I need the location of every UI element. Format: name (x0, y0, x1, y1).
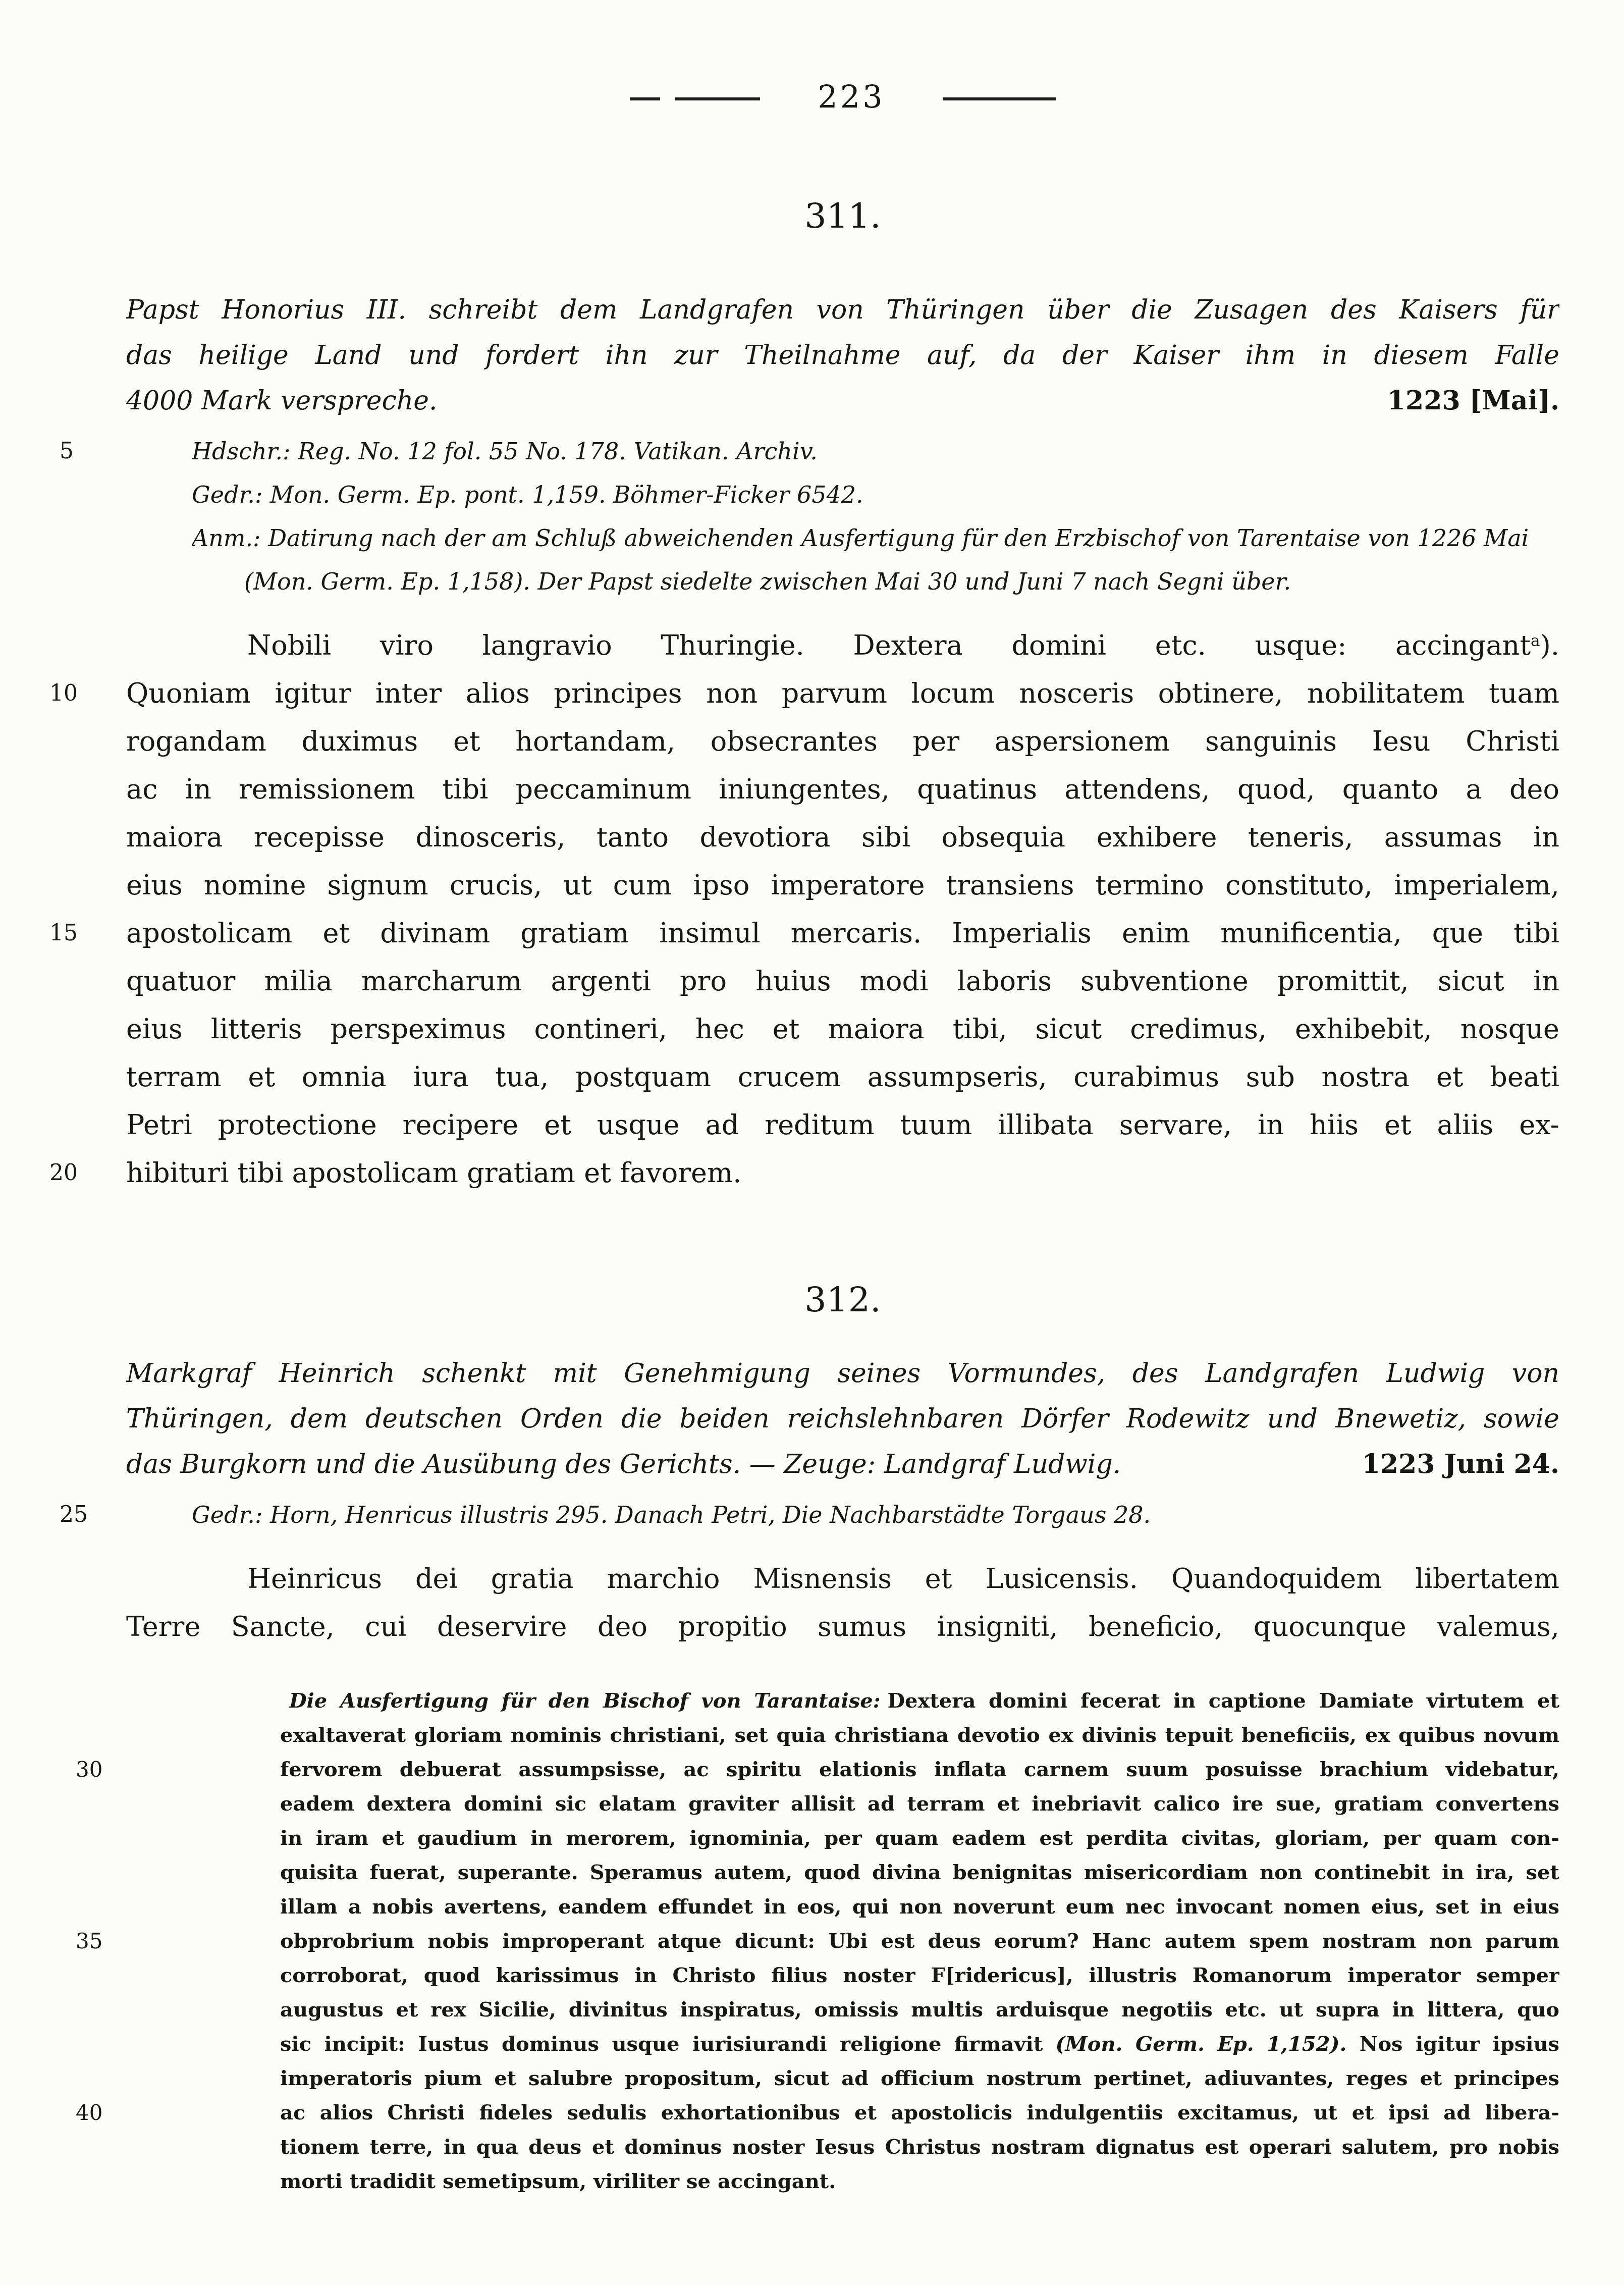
entry-311-date: 1223 [Mai]. (1387, 378, 1559, 423)
footnote-text: sic incipit: Iustus dominus usque iurisi… (280, 2027, 1559, 2061)
footnote-line: 35obprobrium nobis improperant atque dic… (280, 1924, 1559, 1958)
body-line: Petri protectione recipere et usque ad r… (126, 1101, 1559, 1149)
source-text: (Mon. Germ. Ep. 1,158). Der Papst siedel… (192, 560, 1559, 603)
summary-line: das Burgkorn und die Ausübung des Gerich… (126, 1442, 1559, 1487)
body-text: eius litteris perspeximus contineri, hec… (126, 1005, 1559, 1053)
entry-312-heading: 312. (126, 1278, 1559, 1323)
line-number: 15 (49, 909, 78, 957)
body-text: ac in remissionem tibi peccaminum iniung… (126, 765, 1559, 813)
source-text: Gedr.: Mon. Germ. Ep. pont. 1,159. Böhme… (192, 473, 1559, 516)
footnote-line: 40ac alios Christi fideles sedulis exhor… (280, 2096, 1559, 2130)
body-line: Heinricus dei gratia marchio Misnensis e… (126, 1555, 1559, 1603)
summary-text: Papst Honorius III. schreibt dem Landgra… (126, 287, 1559, 333)
footnote-text: augustus et rex Sicilie, divinitus inspi… (280, 1993, 1559, 2027)
header-dash-left-1 (630, 97, 660, 100)
footnote-text: 311.a) Die Ausfertigung für den Bischof … (280, 1684, 1559, 1718)
footnote-citation: (Mon. Germ. Ep. 1,152). (1056, 2032, 1347, 2056)
line-number: 20 (49, 1149, 78, 1197)
footnote-text: ac alios Christi fideles sedulis exhorta… (280, 2096, 1559, 2130)
source-text: Anm.: Datirung nach der am Schluß abweic… (192, 516, 1559, 560)
summary-line: das heilige Land und fordert ihn zur The… (126, 333, 1559, 378)
source-line: Anm.: Datirung nach der am Schluß abweic… (192, 516, 1559, 560)
entry-312-body: Heinricus dei gratia marchio Misnensis e… (126, 1555, 1559, 1651)
body-line: rogandam duximus et hortandam, obsecrant… (126, 717, 1559, 765)
body-text: Heinricus dei gratia marchio Misnensis e… (126, 1555, 1559, 1603)
body-line: terram et omnia iura tua, postquam cruce… (126, 1053, 1559, 1101)
footnote-text: morti tradidit semetipsum, viriliter se … (280, 2164, 1559, 2199)
page-header: 223 (126, 75, 1559, 118)
entry-311-heading: 311. (126, 194, 1559, 239)
entry-311-summary: Papst Honorius III. schreibt dem Landgra… (126, 287, 1559, 423)
body-text: maiora recepisse dinosceris, tanto devot… (126, 813, 1559, 861)
body-line: 10Quoniam igitur inter alios principes n… (126, 669, 1559, 717)
body-text: hibituri tibi apostolicam gratiam et fav… (126, 1149, 1559, 1197)
summary-text: Markgraf Heinrich schenkt mit Genehmigun… (126, 1351, 1559, 1396)
footnote-line: sic incipit: Iustus dominus usque iurisi… (280, 2027, 1559, 2061)
line-number: 25 (60, 1493, 88, 1536)
body-text: rogandam duximus et hortandam, obsecrant… (126, 717, 1559, 765)
summary-line: Thüringen, dem deutschen Orden die beide… (126, 1396, 1559, 1442)
summary-line: Papst Honorius III. schreibt dem Landgra… (126, 287, 1559, 333)
body-text: quatuor milia marcharum argenti pro huiu… (126, 957, 1559, 1005)
footnote-line: augustus et rex Sicilie, divinitus inspi… (280, 1993, 1559, 2027)
source-line: 25Gedr.: Horn, Henricus illustris 295. D… (192, 1493, 1559, 1536)
scanned-book-page: { "header": { "page_number": "223" }, "e… (0, 0, 1624, 2285)
summary-text: 4000 Mark verspreche. (126, 378, 438, 423)
footnote-marker: a (1531, 632, 1540, 650)
body-line: eius litteris perspeximus contineri, hec… (126, 1005, 1559, 1053)
footnote-text: quisita fuerat, superante. Speramus aute… (280, 1855, 1559, 1890)
summary-text: das heilige Land und fordert ihn zur The… (126, 333, 1559, 378)
footnote-text: in iram et gaudium in merorem, ignominia… (280, 1821, 1559, 1855)
footnote-line: in iram et gaudium in merorem, ignominia… (280, 1821, 1559, 1855)
summary-text: Thüringen, dem deutschen Orden die beide… (126, 1396, 1559, 1442)
body-line: 15apostolicam et divinam gratiam insimul… (126, 909, 1559, 957)
footnote-line: 311.a) Die Ausfertigung für den Bischof … (280, 1684, 1559, 1718)
entry-312-date: 1223 Juni 24. (1362, 1442, 1559, 1487)
footnote-line: corroborat, quod karissimus in Christo f… (280, 1958, 1559, 1993)
body-text: Petri protectione recipere et usque ad r… (126, 1101, 1559, 1149)
footnote-text: obprobrium nobis improperant atque dicun… (280, 1924, 1559, 1958)
entry-312-sources: 25Gedr.: Horn, Henricus illustris 295. D… (192, 1493, 1559, 1536)
summary-line: Markgraf Heinrich schenkt mit Genehmigun… (126, 1351, 1559, 1396)
page-content: 223 311. Papst Honorius III. schreibt de… (0, 0, 1624, 2199)
summary-text: das Burgkorn und die Ausübung des Gerich… (126, 1442, 1121, 1487)
footnote-line: eadem dextera domini sic elatam graviter… (280, 1787, 1559, 1821)
body-text-pre: Nobili viro langravio Thuringie. Dextera… (247, 629, 1531, 661)
line-number: 30 (76, 1752, 102, 1787)
footnote-text-rest: Dextera domini fecerat in captione Damia… (887, 1689, 1559, 1713)
footnote-line: imperatoris pium et salubre propositum, … (280, 2061, 1559, 2096)
footnote-text-pre: sic incipit: Iustus dominus usque iurisi… (280, 2032, 1056, 2056)
entry-311-sources: 5Hdschr.: Reg. No. 12 fol. 55 No. 178. V… (192, 430, 1559, 603)
header-dash-left-2 (675, 97, 760, 100)
footnote-text: imperatoris pium et salubre propositum, … (280, 2061, 1559, 2096)
body-line: Terre Sancte, cui deservire deo propitio… (126, 1603, 1559, 1651)
line-number: 5 (60, 430, 74, 473)
body-text: eius nomine signum crucis, ut cum ipso i… (126, 861, 1559, 909)
body-text: terram et omnia iura tua, postquam cruce… (126, 1053, 1559, 1101)
line-number: 35 (76, 1924, 102, 1958)
body-text: Terre Sancte, cui deservire deo propitio… (126, 1603, 1559, 1651)
page-number: 223 (775, 78, 927, 115)
body-line: 20hibituri tibi apostolicam gratiam et f… (126, 1149, 1559, 1197)
body-text-post: ). (1540, 629, 1559, 661)
header-dash-right (943, 97, 1056, 100)
footnote-line: 30fervorem debuerat assumpsisse, ac spir… (280, 1752, 1559, 1787)
body-line: ac in remissionem tibi peccaminum iniung… (126, 765, 1559, 813)
footnote-line: exaltaverat gloriam nominis christiani, … (280, 1718, 1559, 1752)
line-number: 10 (49, 669, 78, 717)
body-line: quatuor milia marcharum argenti pro huiu… (126, 957, 1559, 1005)
entry-311-body: Nobili viro langravio Thuringie. Dextera… (126, 621, 1559, 1197)
source-text: Gedr.: Horn, Henricus illustris 295. Dan… (192, 1493, 1559, 1536)
footnote-line: tionem terre, in qua deus et dominus nos… (280, 2130, 1559, 2164)
entry-312-summary: Markgraf Heinrich schenkt mit Genehmigun… (126, 1351, 1559, 1487)
footnote-text-post: Nos igitur ipsius (1346, 2032, 1559, 2056)
body-line: maiora recepisse dinosceris, tanto devot… (126, 813, 1559, 861)
footnote-text: corroborat, quod karissimus in Christo f… (280, 1958, 1559, 1993)
summary-line: 4000 Mark verspreche. 1223 [Mai]. (126, 378, 1559, 423)
source-line: 5Hdschr.: Reg. No. 12 fol. 55 No. 178. V… (192, 430, 1559, 473)
footnote-line: morti tradidit semetipsum, viriliter se … (280, 2164, 1559, 2199)
source-line: (Mon. Germ. Ep. 1,158). Der Papst siedel… (192, 560, 1559, 603)
body-text: apostolicam et divinam gratiam insimul m… (126, 909, 1559, 957)
footnote-label: a) Die Ausfertigung für den Bischof von … (280, 1689, 880, 1713)
footnote-text: fervorem debuerat assumpsisse, ac spirit… (280, 1752, 1559, 1787)
line-number: 40 (76, 2096, 102, 2130)
body-line: Nobili viro langravio Thuringie. Dextera… (126, 621, 1559, 669)
source-line: Gedr.: Mon. Germ. Ep. pont. 1,159. Böhme… (192, 473, 1559, 516)
footnote-text: exaltaverat gloriam nominis christiani, … (280, 1718, 1559, 1752)
footnote-line: illam a nobis avertens, eandem effundet … (280, 1890, 1559, 1924)
footnote-block: 311.a) Die Ausfertigung für den Bischof … (280, 1684, 1559, 2199)
footnote-text: tionem terre, in qua deus et dominus nos… (280, 2130, 1559, 2164)
footnote-text: illam a nobis avertens, eandem effundet … (280, 1890, 1559, 1924)
footnote-line: quisita fuerat, superante. Speramus aute… (280, 1855, 1559, 1890)
footnote-text: eadem dextera domini sic elatam graviter… (280, 1787, 1559, 1821)
body-line: eius nomine signum crucis, ut cum ipso i… (126, 861, 1559, 909)
body-text: Quoniam igitur inter alios principes non… (126, 669, 1559, 717)
body-text: Nobili viro langravio Thuringie. Dextera… (126, 621, 1559, 669)
source-text: Hdschr.: Reg. No. 12 fol. 55 No. 178. Va… (192, 430, 1559, 473)
